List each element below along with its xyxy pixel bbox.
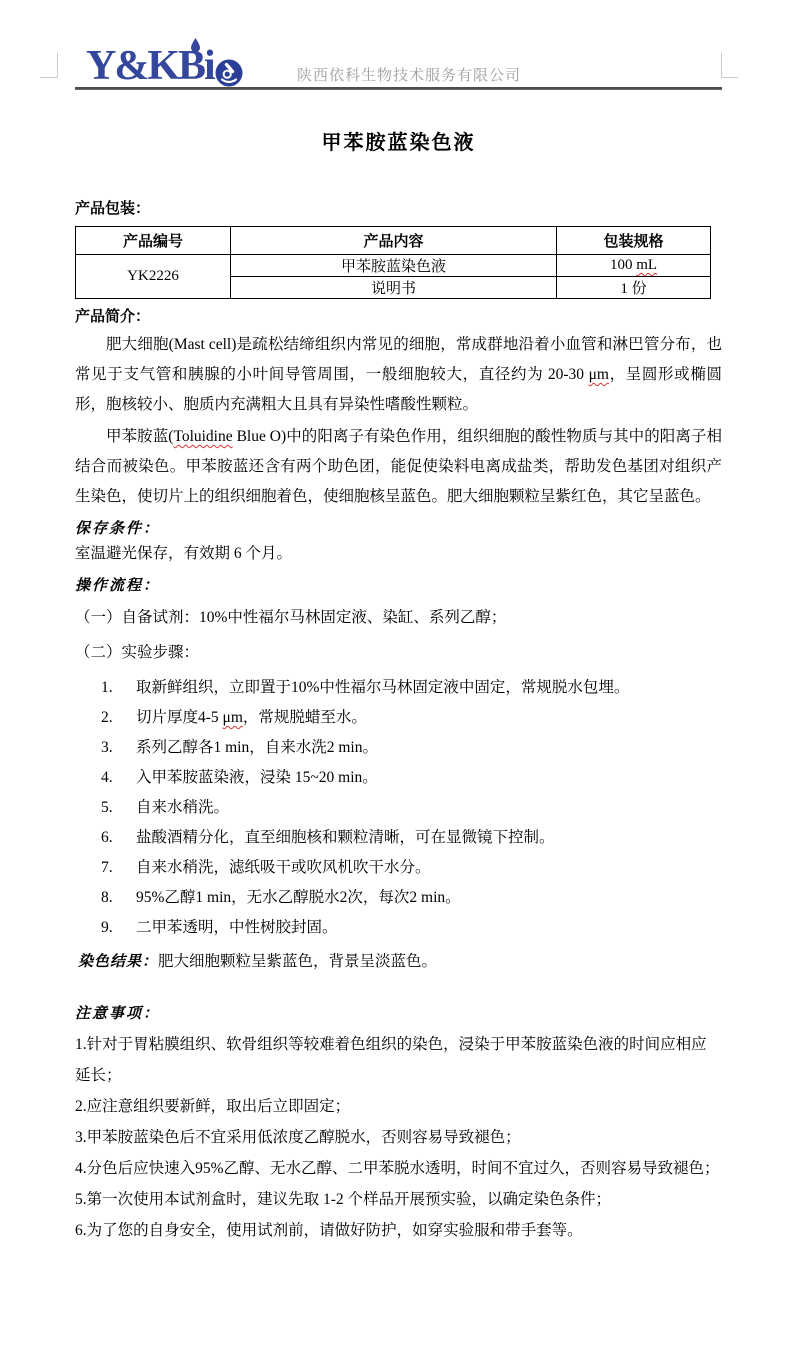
packaging-table: 产品编号 产品内容 包装规格 YK2226 甲苯胺蓝染色液 100 mL 说明书… <box>75 226 711 299</box>
procedure-step: 1. 取新鲜组织，立即置于10%中性福尔马林固定液中固定，常规脱水包埋。 <box>75 673 722 703</box>
product-content-cell: 甲苯胺蓝染色液 <box>231 255 557 277</box>
document-page: Y&KBi 陕西依科生物技术服务有限公司 甲苯胺蓝染色液 产品包装： 产品编号 … <box>0 0 795 1355</box>
procedure-step: 9. 二甲苯透明，中性树胶封固。 <box>75 913 722 943</box>
logo-text: Y&KBi <box>86 44 214 88</box>
note-item: 3.甲苯胺蓝染色后不宜采用低浓度乙醇脱水，否则容易导致褪色； <box>75 1122 722 1153</box>
procedure-step: 7. 自来水稍洗，滤纸吸干或吹风机吹干水分。 <box>75 853 722 883</box>
step-number: 1. <box>101 673 117 703</box>
page-title: 甲苯胺蓝染色液 <box>75 128 722 158</box>
microscope-icon <box>215 59 243 87</box>
section-heading-storage: 保存条件： <box>75 518 722 540</box>
col-header-pack-spec: 包装规格 <box>557 227 711 255</box>
intro-paragraph-2: 甲苯胺蓝(Toluidine Blue O)中的阳离子有染色作用，组织细胞的酸性… <box>75 422 722 512</box>
step-text: 入甲苯胺蓝染液，浸染 15~20 min。 <box>136 763 378 793</box>
step-text: 二甲苯透明，中性树胶封固。 <box>136 913 338 943</box>
spec-unit: mL <box>636 257 657 273</box>
step-number: 5. <box>101 793 117 823</box>
procedure-step: 5. 自来水稍洗。 <box>75 793 722 823</box>
table-header-row: 产品编号 产品内容 包装规格 <box>76 227 711 255</box>
note-item: 1.针对于胃粘膜组织、软骨组织等较难着色组织的染色，浸染于甲苯胺蓝染色液的时间应… <box>75 1029 722 1091</box>
section-heading-notes: 注意事项： <box>75 1003 722 1025</box>
col-header-product-code: 产品编号 <box>76 227 231 255</box>
note-item: 4.分色后应快速入95%乙醇、无水乙醇、二甲苯脱水透明，时间不宜过久，否则容易导… <box>75 1153 722 1184</box>
document-body: 甲苯胺蓝染色液 产品包装： 产品编号 产品内容 包装规格 YK2226 甲苯胺蓝… <box>75 120 722 1246</box>
step-number: 9. <box>101 913 117 943</box>
company-name: 陕西依科生物技术服务有限公司 <box>297 64 521 85</box>
procedure-step: 3. 系列乙醇各1 min，自来水洗2 min。 <box>75 733 722 763</box>
step-number: 6. <box>101 823 117 853</box>
droplet-icon <box>190 38 201 53</box>
product-content-cell: 说明书 <box>231 277 557 299</box>
procedure-step: 8. 95%乙醇1 min，无水乙醇脱水2次，每次2 min。 <box>75 883 722 913</box>
step-text: 取新鲜组织，立即置于10%中性福尔马林固定液中固定，常规脱水包埋。 <box>136 673 629 703</box>
procedure-step: 2. 切片厚度4-5 μm，常规脱蜡至水。 <box>75 703 722 733</box>
margin-corner-mark-left <box>40 53 58 78</box>
step-number: 3. <box>101 733 117 763</box>
step-number: 7. <box>101 853 117 883</box>
result-text: 肥大细胞颗粒呈紫蓝色，背景呈淡蓝色。 <box>158 953 437 970</box>
notes-list: 1.针对于胃粘膜组织、软骨组织等较难着色组织的染色，浸染于甲苯胺蓝染色液的时间应… <box>75 1029 722 1246</box>
note-item: 2.应注意组织要新鲜，取出后立即固定； <box>75 1091 722 1122</box>
table-row: YK2226 甲苯胺蓝染色液 100 mL <box>76 255 711 277</box>
staining-result-line: 染色结果：肥大细胞颗粒呈紫蓝色，背景呈淡蓝色。 <box>75 947 722 977</box>
step-number: 8. <box>101 883 117 913</box>
step-text: 95%乙醇1 min，无水乙醇脱水2次，每次2 min。 <box>136 883 461 913</box>
step-text: 盐酸酒精分化，直至细胞核和颗粒清晰，可在显微镜下控制。 <box>136 823 555 853</box>
col-header-product-content: 产品内容 <box>231 227 557 255</box>
header-divider <box>75 87 722 90</box>
spellcheck-flagged-text: μm <box>589 366 609 383</box>
step-text: 自来水稍洗，滤纸吸干或吹风机吹干水分。 <box>136 853 431 883</box>
company-logo: Y&KBi <box>86 42 243 88</box>
step-text: 切片厚度4-5 μm，常规脱蜡至水。 <box>136 703 367 733</box>
result-label: 染色结果： <box>78 953 158 970</box>
margin-corner-mark-right <box>721 53 738 78</box>
spellcheck-flagged-text: μm <box>223 709 243 726</box>
spec-number: 100 <box>610 257 636 273</box>
step-number: 2. <box>101 703 117 733</box>
section-heading-intro: 产品简介： <box>75 306 722 328</box>
pack-spec-cell: 100 mL <box>557 255 711 277</box>
procedure-steps-label: （二）实验步骤： <box>75 639 722 667</box>
procedure-step: 6. 盐酸酒精分化，直至细胞核和颗粒清晰，可在显微镜下控制。 <box>75 823 722 853</box>
procedure-step: 4. 入甲苯胺蓝染液，浸染 15~20 min。 <box>75 763 722 793</box>
step-text: 系列乙醇各1 min，自来水洗2 min。 <box>136 733 378 763</box>
intro-paragraph-1: 肥大细胞(Mast cell)是疏松结缔组织内常见的细胞，常成群地沿着小血管和淋… <box>75 330 722 420</box>
note-item: 5.第一次使用本试剂盒时，建议先取 1-2 个样品开展预实验，以确定染色条件； <box>75 1184 722 1215</box>
spellcheck-flagged-text: Toluidine <box>173 428 232 445</box>
product-code-cell: YK2226 <box>76 255 231 299</box>
procedure-step-list: 1. 取新鲜组织，立即置于10%中性福尔马林固定液中固定，常规脱水包埋。 2. … <box>75 673 722 943</box>
procedure-reagents-line: （一）自备试剂：10%中性福尔马林固定液、染缸、系列乙醇； <box>75 604 722 632</box>
storage-text: 室温避光保存，有效期 6 个月。 <box>75 540 722 568</box>
pack-spec-cell: 1 份 <box>557 277 711 299</box>
section-heading-procedure: 操作流程： <box>75 575 722 597</box>
step-number: 4. <box>101 763 117 793</box>
section-heading-packaging: 产品包装： <box>75 198 722 220</box>
step-text: 自来水稍洗。 <box>136 793 229 823</box>
note-item: 6.为了您的自身安全，使用试剂前，请做好防护，如穿实验服和带手套等。 <box>75 1215 722 1246</box>
